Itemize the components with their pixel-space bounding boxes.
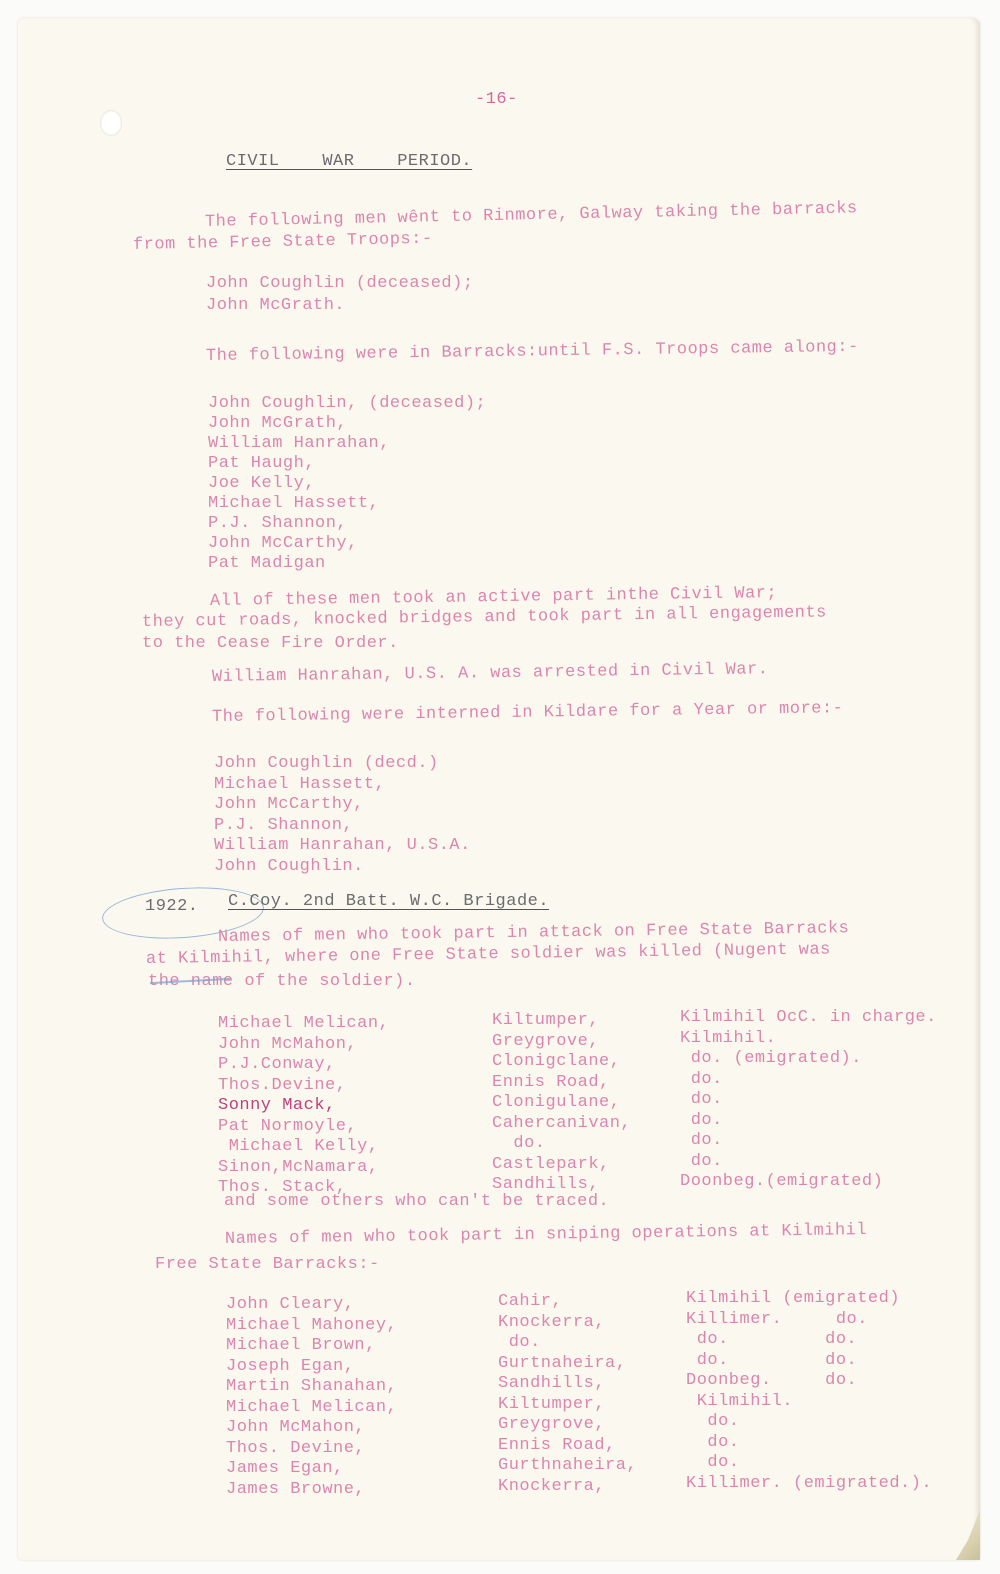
cell-name: Thos.Devine, (218, 1076, 346, 1096)
cell-name: P.J.Conway, (218, 1055, 336, 1075)
cell-place: Greygrove, (492, 1032, 599, 1052)
cell-name: Michael Kelly, (218, 1137, 379, 1157)
list-item: John Coughlin (decd.) (214, 754, 439, 774)
attack-closing: and some others who can't be traced. (224, 1192, 609, 1212)
cell-name: James Egan, (226, 1459, 344, 1479)
cell-note: Killimer. do. (686, 1310, 868, 1330)
cell-place: Sandhills, (498, 1374, 605, 1394)
cell-place: Cahercanivan, (492, 1114, 631, 1134)
cell-name: James Browne, (226, 1480, 365, 1500)
cell-place: Clonigulane, (492, 1093, 620, 1113)
section3-line3: to the Cease Fire Order. (142, 634, 399, 654)
cell-name: John Cleary, (226, 1295, 354, 1315)
list-item: John Coughlin, (deceased); (208, 394, 486, 414)
cell-place: do. (498, 1333, 541, 1353)
cell-note: do. (680, 1111, 723, 1131)
cell-place: Ennis Road, (498, 1436, 616, 1456)
cell-name: Michael Melican, (226, 1398, 397, 1418)
list-item: John Coughlin (deceased); (206, 274, 474, 294)
cell-note: do. (686, 1433, 740, 1453)
list-item: P.J. Shannon, (208, 514, 347, 534)
unit-year: 1922. (145, 897, 199, 917)
cell-name: Pat Normoyle, (218, 1117, 357, 1137)
cell-name: Michael Melican, (218, 1014, 389, 1034)
cell-note: do. (emigrated). (680, 1049, 862, 1069)
cell-place: Knockerra, (498, 1477, 605, 1497)
cell-name: Sinon,McNamara, (218, 1158, 379, 1178)
list-item: John McGrath. (206, 296, 345, 316)
punch-hole (100, 110, 122, 136)
cell-note: Doonbeg. do. (686, 1371, 857, 1391)
cell-place: Kiltumper, (498, 1395, 605, 1415)
cell-name: Michael Brown, (226, 1336, 376, 1356)
cell-note: do. do. (686, 1330, 857, 1350)
section-heading: CIVIL WAR PERIOD. (226, 152, 472, 172)
cell-note: Killimer. (emigrated.). (686, 1474, 932, 1494)
cell-note: do. (686, 1453, 740, 1473)
cell-note: do. do. (686, 1351, 857, 1371)
list-item: William Hanrahan, (208, 434, 390, 454)
cell-place: Gurthnaheira, (498, 1456, 637, 1476)
cell-name: Martin Shanahan, (226, 1377, 397, 1397)
cell-note: Kilmihil OcC. in charge. (680, 1008, 937, 1028)
cell-note: do. (686, 1412, 740, 1432)
unit-heading: C.Coy. 2nd Batt. W.C. Brigade. (228, 892, 549, 912)
cell-note: do. (680, 1131, 723, 1151)
cell-note: do. (680, 1090, 723, 1110)
cell-note: Kilmihil (emigrated) (686, 1289, 900, 1309)
cell-place: Cahir, (498, 1292, 562, 1312)
cell-place: Clonigclane, (492, 1052, 620, 1072)
cell-note: Doonbeg.(emigrated) (680, 1172, 883, 1192)
cell-name: Joseph Egan, (226, 1357, 354, 1377)
list-item: Pat Madigan (208, 554, 326, 574)
list-item: Michael Hassett, (214, 775, 385, 795)
cell-note: Kilmihil. (686, 1392, 793, 1412)
list-item: Michael Hassett, (208, 494, 379, 514)
list-item: P.J. Shannon, (214, 816, 353, 836)
cell-note: Kilmihil. (680, 1029, 776, 1049)
list-item: Joe Kelly, (208, 474, 315, 494)
cell-name: John McMahon, (226, 1418, 365, 1438)
list-item: John McCarthy, (214, 795, 364, 815)
cell-place: Kiltumper, (492, 1011, 599, 1031)
cell-place: Greygrove, (498, 1415, 605, 1435)
cell-name: Thos. Devine, (226, 1439, 365, 1459)
cell-place: Knockerra, (498, 1313, 605, 1333)
cell-name: Sonny Mack, (218, 1096, 336, 1116)
list-item: Pat Haugh, (208, 454, 315, 474)
page-number: -16- (475, 90, 518, 110)
list-item: William Hanrahan, U.S.A. (214, 836, 471, 856)
cell-note: do. (680, 1152, 723, 1172)
list-item: John Coughlin. (214, 857, 364, 877)
cell-note: do. (680, 1070, 723, 1090)
cell-place: do. (492, 1134, 546, 1154)
list-item: John McGrath, (208, 414, 347, 434)
cell-name: Michael Mahoney, (226, 1316, 397, 1336)
cell-place: Castlepark, (492, 1155, 610, 1175)
cell-name: John McMahon, (218, 1035, 357, 1055)
cell-place: Gurtnaheira, (498, 1354, 626, 1374)
cell-place: Ennis Road, (492, 1073, 610, 1093)
sniping-line2: Free State Barracks:- (155, 1255, 380, 1275)
list-item: John McCarthy, (208, 534, 358, 554)
